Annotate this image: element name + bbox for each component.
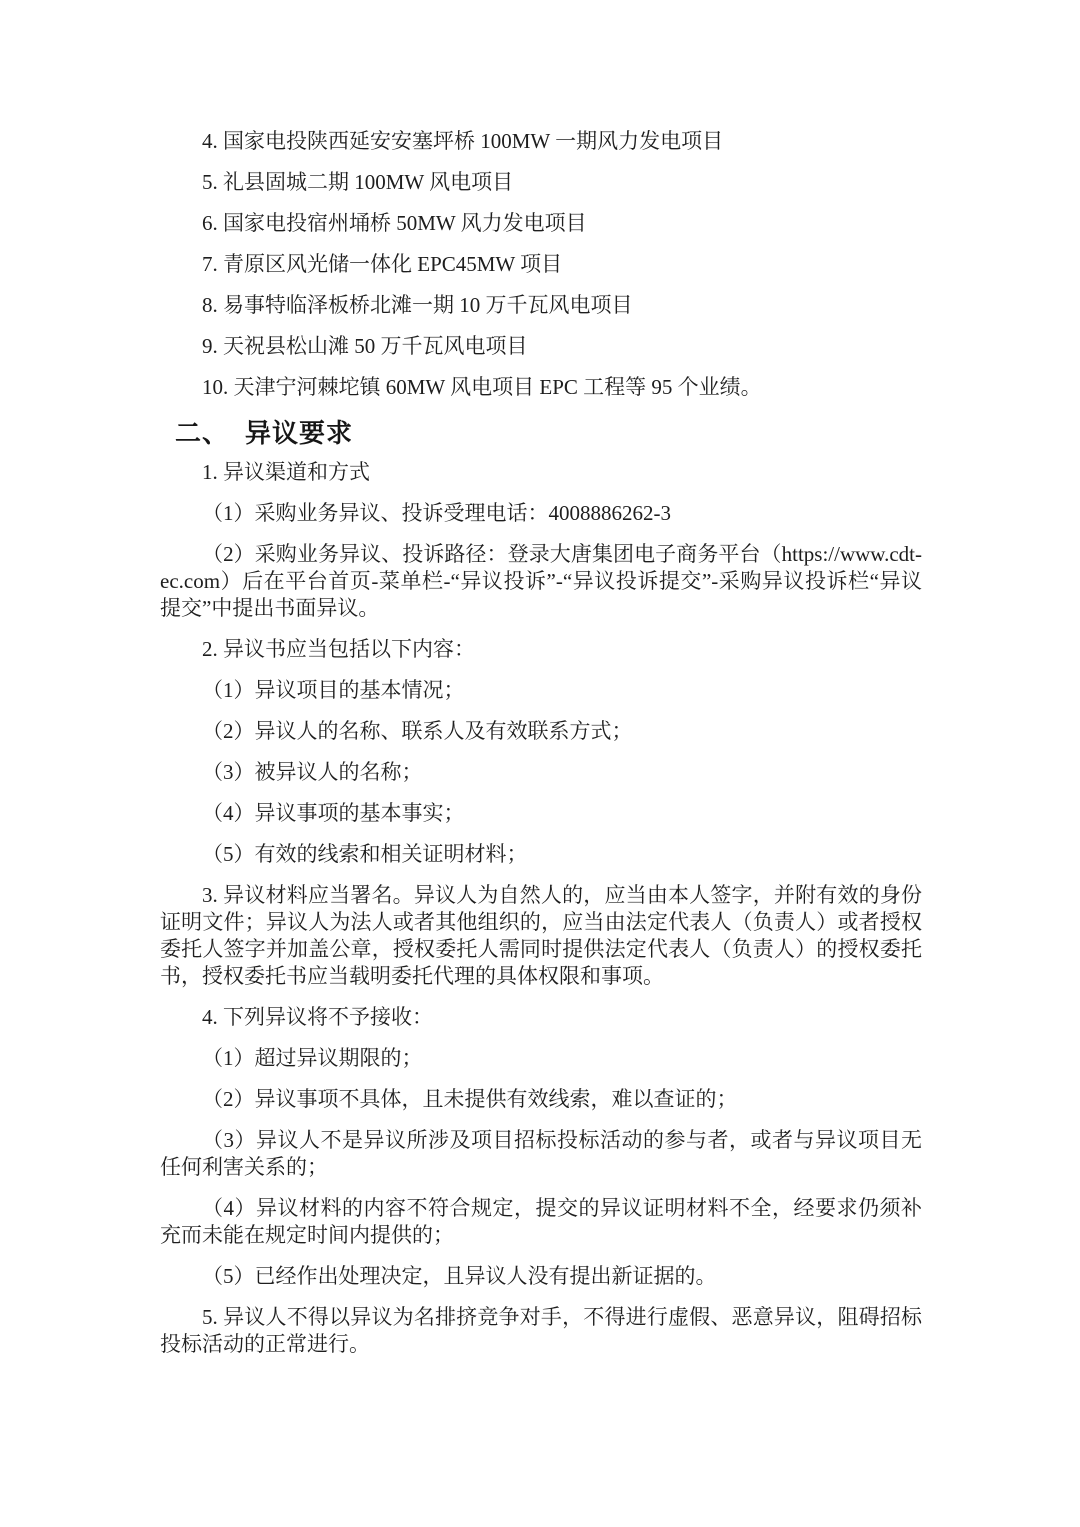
section-title: 异议要求 bbox=[245, 418, 353, 448]
paragraph-rejection-item-2: （2）异议事项不具体，且未提供有效线索，难以查证的； bbox=[160, 1086, 922, 1113]
paragraph-rejection-item-4: （4）异议材料的内容不符合规定，提交的异议证明材料不全，经要求仍须补充而未能在规… bbox=[160, 1195, 922, 1249]
paragraph-good-faith-requirement: 5. 异议人不得以异议为名排挤竞争对手，不得进行虚假、恶意异议，阻碍招标投标活动… bbox=[160, 1304, 922, 1358]
paragraph-objection-channel-title: 1. 异议渠道和方式 bbox=[160, 459, 922, 486]
achievement-item-8: 8. 易事特临泽板桥北滩一期 10 万千瓦风电项目 bbox=[160, 292, 922, 319]
paragraph-letter-item-3: （3）被异议人的名称； bbox=[160, 759, 922, 786]
paragraph-objection-path: （2）采购业务异议、投诉路径：登录大唐集团电子商务平台（https://www.… bbox=[160, 541, 922, 622]
achievement-item-6: 6. 国家电投宿州埇桥 50MW 风力发电项目 bbox=[160, 210, 922, 237]
achievement-item-9: 9. 天祝县松山滩 50 万千瓦风电项目 bbox=[160, 333, 922, 360]
achievement-item-5: 5. 礼县固城二期 100MW 风电项目 bbox=[160, 169, 922, 196]
achievement-item-10: 10. 天津宁河棘坨镇 60MW 风电项目 EPC 工程等 95 个业绩。 bbox=[160, 374, 922, 401]
achievement-item-4: 4. 国家电投陕西延安安塞坪桥 100MW 一期风力发电项目 bbox=[160, 128, 922, 155]
paragraph-letter-item-1: （1）异议项目的基本情况； bbox=[160, 677, 922, 704]
section-heading-objection-requirements: 二、异议要求 bbox=[160, 415, 922, 451]
paragraph-letter-item-2: （2）异议人的名称、联系人及有效联系方式； bbox=[160, 718, 922, 745]
paragraph-objection-letter-title: 2. 异议书应当包括以下内容： bbox=[160, 636, 922, 663]
paragraph-signature-requirement: 3. 异议材料应当署名。异议人为自然人的，应当由本人签字，并附有效的身份证明文件… bbox=[160, 882, 922, 990]
paragraph-rejection-title: 4. 下列异议将不予接收： bbox=[160, 1004, 922, 1031]
paragraph-letter-item-5: （5）有效的线索和相关证明材料； bbox=[160, 841, 922, 868]
paragraph-letter-item-4: （4）异议事项的基本事实； bbox=[160, 800, 922, 827]
paragraph-rejection-item-1: （1）超过异议期限的； bbox=[160, 1045, 922, 1072]
document-page: 4. 国家电投陕西延安安塞坪桥 100MW 一期风力发电项目 5. 礼县固城二期… bbox=[0, 0, 1080, 1527]
paragraph-rejection-item-3: （3）异议人不是异议所涉及项目招标投标活动的参与者，或者与异议项目无任何利害关系… bbox=[160, 1127, 922, 1181]
achievement-item-7: 7. 青原区风光储一体化 EPC45MW 项目 bbox=[160, 251, 922, 278]
paragraph-rejection-item-5: （5）已经作出处理决定，且异议人没有提出新证据的。 bbox=[160, 1263, 922, 1290]
paragraph-objection-hotline: （1）采购业务异议、投诉受理电话：4008886262-3 bbox=[160, 500, 922, 527]
section-number: 二、 bbox=[175, 418, 229, 448]
